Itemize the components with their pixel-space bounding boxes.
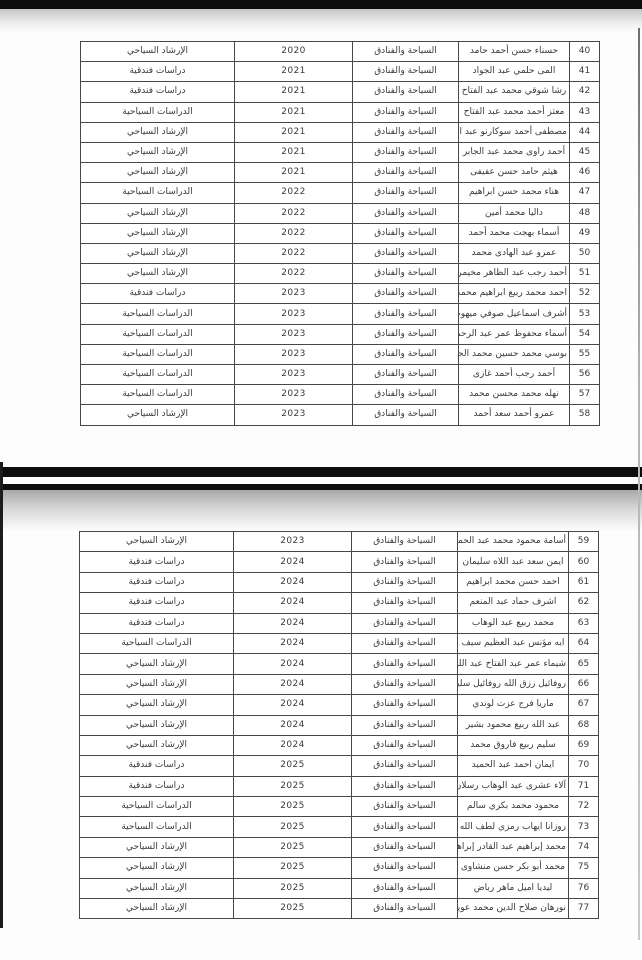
student-name-cell: رشا شوقي محمد عبد الفتاح [459, 82, 570, 102]
table-row: دراسات فندقية2024السياحة والفنادقمحمد رب… [80, 613, 599, 633]
student-name-cell: أحمد رجب أحمد غازى [459, 365, 570, 385]
table-row: الدراسات السياحية2023السياحة والفنادقأشر… [81, 304, 600, 324]
faculty-cell: السياحة والفنادق [352, 899, 458, 919]
department-cell: الإرشاد السياحي [81, 203, 235, 223]
faculty-cell: السياحة والفنادق [353, 243, 459, 263]
faculty-cell: السياحة والفنادق [353, 344, 459, 364]
row-number-cell: 45 [570, 142, 600, 162]
year-cell: 2022 [235, 243, 353, 263]
department-cell: دراسات فندقية [81, 82, 235, 102]
row-number-cell: 74 [569, 837, 599, 857]
faculty-cell: السياحة والفنادق [352, 817, 458, 837]
department-cell: الإرشاد السياحي [80, 695, 234, 715]
faculty-cell: السياحة والفنادق [353, 82, 459, 102]
table-row: دراسات فندقية2024السياحة والفنادقايمن سع… [80, 552, 599, 572]
department-cell: الإرشاد السياحي [80, 715, 234, 735]
row-number-cell: 63 [569, 613, 599, 633]
student-name-cell: ليديا اميل ماهر رياض [458, 878, 569, 898]
faculty-cell: السياحة والفنادق [352, 633, 458, 653]
table-row: الإرشاد السياحي2022السياحة والفنادقداليا… [81, 203, 600, 223]
table-row: الإرشاد السياحي2024السياحة والفنادقسليم … [80, 735, 599, 755]
department-cell: الإرشاد السياحي [81, 42, 235, 62]
scan-shadow-middle [0, 490, 642, 530]
department-cell: الدراسات السياحية [80, 633, 234, 653]
student-name-cell: احمد محمد ربيع ابراهيم محمد [459, 284, 570, 304]
row-number-cell: 49 [570, 223, 600, 243]
year-cell: 2025 [234, 776, 352, 796]
row-number-cell: 73 [569, 817, 599, 837]
year-cell: 2021 [235, 62, 353, 82]
faculty-cell: السياحة والفنادق [352, 572, 458, 592]
year-cell: 2024 [234, 593, 352, 613]
student-name-cell: ماريا فرج عزت لوندي [458, 695, 569, 715]
row-number-cell: 47 [570, 183, 600, 203]
year-cell: 2020 [235, 42, 353, 62]
year-cell: 2024 [234, 715, 352, 735]
table-row: الإرشاد السياحي2021السياحة والفنادقأحمد … [81, 142, 600, 162]
table-row: دراسات فندقية2021السياحة والفنادقرشا شوق… [81, 82, 600, 102]
student-name-cell: ايمان احمد عبد الحميد [458, 756, 569, 776]
year-cell: 2024 [234, 695, 352, 715]
faculty-cell: السياحة والفنادق [353, 365, 459, 385]
year-cell: 2023 [235, 344, 353, 364]
department-cell: الإرشاد السياحي [80, 878, 234, 898]
year-cell: 2023 [234, 532, 352, 552]
year-cell: 2021 [235, 163, 353, 183]
table-row: الدراسات السياحية2023السياحة والفنادقبوس… [81, 344, 600, 364]
table-row: دراسات فندقية2024السياحة والفنادقاشرف حم… [80, 593, 599, 613]
faculty-cell: السياحة والفنادق [353, 203, 459, 223]
department-cell: الدراسات السياحية [81, 365, 235, 385]
department-cell: الإرشاد السياحي [81, 405, 235, 425]
department-cell: الدراسات السياحية [81, 385, 235, 405]
year-cell: 2023 [235, 304, 353, 324]
row-number-cell: 58 [570, 405, 600, 425]
faculty-cell: السياحة والفنادق [353, 183, 459, 203]
faculty-cell: السياحة والفنادق [352, 654, 458, 674]
row-number-cell: 70 [569, 756, 599, 776]
department-cell: دراسات فندقية [80, 756, 234, 776]
table-row: الإرشاد السياحي2022السياحة والفنادقعمرو … [81, 243, 600, 263]
department-cell: الدراسات السياحية [81, 183, 235, 203]
faculty-cell: السياحة والفنادق [353, 304, 459, 324]
student-name-cell: احمد حسن محمد ابراهيم [458, 572, 569, 592]
row-number-cell: 60 [569, 552, 599, 572]
department-cell: دراسات فندقية [80, 613, 234, 633]
year-cell: 2021 [235, 142, 353, 162]
table-row: الدراسات السياحية2025السياحة والفنادقروز… [80, 817, 599, 837]
row-number-cell: 72 [569, 797, 599, 817]
row-number-cell: 65 [569, 654, 599, 674]
year-cell: 2022 [235, 203, 353, 223]
faculty-cell: السياحة والفنادق [352, 878, 458, 898]
row-number-cell: 64 [569, 633, 599, 653]
table-row: دراسات فندقية2023السياحة والفنادقاحمد مح… [81, 284, 600, 304]
department-cell: الإرشاد السياحي [80, 674, 234, 694]
table-row: الدراسات السياحية2025السياحة والفنادقمحم… [80, 797, 599, 817]
faculty-cell: السياحة والفنادق [352, 776, 458, 796]
faculty-cell: السياحة والفنادق [353, 324, 459, 344]
faculty-cell: السياحة والفنادق [352, 613, 458, 633]
department-cell: الإرشاد السياحي [80, 532, 234, 552]
table-row: الإرشاد السياحي2024السياحة والفنادقروفائ… [80, 674, 599, 694]
table-row: دراسات فندقية2024السياحة والفنادقاحمد حس… [80, 572, 599, 592]
row-number-cell: 54 [570, 324, 600, 344]
row-number-cell: 67 [569, 695, 599, 715]
student-name-cell: محمد أبو بكر حسن منشاوى [458, 858, 569, 878]
table-row: الإرشاد السياحي2022السياحة والفنادقأسماء… [81, 223, 600, 243]
table-row: الإرشاد السياحي2025السياحة والفنادقمحمد … [80, 837, 599, 857]
student-name-cell: عبد الله ربيع محمود بشير [458, 715, 569, 735]
row-number-cell: 68 [569, 715, 599, 735]
year-cell: 2025 [234, 899, 352, 919]
year-cell: 2024 [234, 572, 352, 592]
table-row: الدراسات السياحية2024السياحة والفنادقايه… [80, 633, 599, 653]
year-cell: 2023 [235, 385, 353, 405]
table-row: الدراسات السياحية2023السياحة والفنادقنهل… [81, 385, 600, 405]
faculty-cell: السياحة والفنادق [353, 142, 459, 162]
student-name-cell: روفائيل رزق الله روفائيل سليمان [458, 674, 569, 694]
student-name-cell: محمد ربيع عبد الوهاب [458, 613, 569, 633]
student-name-cell: محمد إبراهيم عبد القادر إبراهيم [458, 837, 569, 857]
student-name-cell: آلاء عشرى عبد الوهاب رسلان [458, 776, 569, 796]
faculty-cell: السياحة والفنادق [353, 102, 459, 122]
faculty-cell: السياحة والفنادق [352, 532, 458, 552]
student-name-cell: ايمن سعد عبد اللاه سليمان [458, 552, 569, 572]
records-table-page-2: الإرشاد السياحي2023السياحة والفنادقأسامة… [79, 531, 599, 919]
row-number-cell: 41 [570, 62, 600, 82]
faculty-cell: السياحة والفنادق [352, 735, 458, 755]
faculty-cell: السياحة والفنادق [352, 674, 458, 694]
faculty-cell: السياحة والفنادق [352, 797, 458, 817]
department-cell: الإرشاد السياحي [80, 837, 234, 857]
department-cell: الدراسات السياحية [81, 102, 235, 122]
department-cell: الإرشاد السياحي [81, 243, 235, 263]
department-cell: الدراسات السياحية [80, 817, 234, 837]
faculty-cell: السياحة والفنادق [352, 756, 458, 776]
department-cell: الإرشاد السياحي [80, 858, 234, 878]
student-name-cell: بوسي محمد حسين محمد الجميل [459, 344, 570, 364]
scan-shadow-top [0, 9, 642, 33]
department-cell: دراسات فندقية [81, 284, 235, 304]
row-number-cell: 57 [570, 385, 600, 405]
department-cell: الإرشاد السياحي [81, 223, 235, 243]
table-row: الإرشاد السياحي2023السياحة والفنادقأسامة… [80, 532, 599, 552]
row-number-cell: 52 [570, 284, 600, 304]
scan-edge-bar-middle-upper [0, 467, 642, 477]
table-row: الإرشاد السياحي2024السياحة والفنادقشيماء… [80, 654, 599, 674]
row-number-cell: 56 [570, 365, 600, 385]
faculty-cell: السياحة والفنادق [353, 264, 459, 284]
department-cell: دراسات فندقية [81, 62, 235, 82]
row-number-cell: 42 [570, 82, 600, 102]
year-cell: 2021 [235, 82, 353, 102]
year-cell: 2021 [235, 102, 353, 122]
department-cell: دراسات فندقية [80, 552, 234, 572]
department-cell: الإرشاد السياحي [81, 142, 235, 162]
year-cell: 2024 [234, 735, 352, 755]
department-cell: الدراسات السياحية [81, 324, 235, 344]
faculty-cell: السياحة والفنادق [353, 385, 459, 405]
student-name-cell: مصطفى أحمد سوكارنو عبد الحافظ [459, 122, 570, 142]
row-number-cell: 46 [570, 163, 600, 183]
faculty-cell: السياحة والفنادق [352, 593, 458, 613]
table-row: الدراسات السياحية2023السياحة والفنادقأحم… [81, 365, 600, 385]
student-name-cell: أسامة محمود محمد عبد الحميد [458, 532, 569, 552]
year-cell: 2025 [234, 756, 352, 776]
row-number-cell: 55 [570, 344, 600, 364]
table-row: الإرشاد السياحي2025السياحة والفنادقنورها… [80, 899, 599, 919]
table-row: الإرشاد السياحي2021السياحة والفنادقهيثم … [81, 163, 600, 183]
department-cell: الدراسات السياحية [81, 304, 235, 324]
table-row: الإرشاد السياحي2021السياحة والفنادقمصطفى… [81, 122, 600, 142]
student-name-cell: عمرو أحمد سعد أحمد [459, 405, 570, 425]
year-cell: 2022 [235, 264, 353, 284]
student-name-cell: أحمد رجب عبد الظاهر مخيمر [459, 264, 570, 284]
row-number-cell: 77 [569, 899, 599, 919]
faculty-cell: السياحة والفنادق [353, 284, 459, 304]
department-cell: الإرشاد السياحي [81, 122, 235, 142]
student-name-cell: ايه مؤنس عبد العظيم سيف [458, 633, 569, 653]
department-cell: الدراسات السياحية [80, 797, 234, 817]
department-cell: الإرشاد السياحي [81, 264, 235, 284]
faculty-cell: السياحة والفنادق [352, 695, 458, 715]
year-cell: 2023 [235, 284, 353, 304]
row-number-cell: 48 [570, 203, 600, 223]
student-name-cell: حسناء حسن أحمد حامد [459, 42, 570, 62]
student-name-cell: هيثم حامد حسن عفيفى [459, 163, 570, 183]
table-row: الإرشاد السياحي2023السياحة والفنادقعمرو … [81, 405, 600, 425]
row-number-cell: 40 [570, 42, 600, 62]
student-name-cell: اشرف حماد عبد المنعم [458, 593, 569, 613]
student-name-cell: معتز أحمد محمد عبد الفتاح [459, 102, 570, 122]
student-name-cell: هناء محمد حسن ابراهيم [459, 183, 570, 203]
row-number-cell: 69 [569, 735, 599, 755]
table-row: الإرشاد السياحي2022السياحة والفنادقأحمد … [81, 264, 600, 284]
student-name-cell: عمرو عبد الهادى محمد [459, 243, 570, 263]
faculty-cell: السياحة والفنادق [353, 122, 459, 142]
scan-edge-strip-left [0, 462, 3, 928]
year-cell: 2022 [235, 223, 353, 243]
year-cell: 2023 [235, 365, 353, 385]
student-name-cell: سليم ربيع فاروق محمد [458, 735, 569, 755]
faculty-cell: السياحة والفنادق [352, 715, 458, 735]
department-cell: دراسات فندقية [80, 776, 234, 796]
table-row: دراسات فندقية2025السياحة والفنادقايمان ا… [80, 756, 599, 776]
department-cell: الإرشاد السياحي [80, 735, 234, 755]
year-cell: 2024 [234, 633, 352, 653]
table-row: دراسات فندقية2021السياحة والفنادقالمى حل… [81, 62, 600, 82]
row-number-cell: 75 [569, 858, 599, 878]
faculty-cell: السياحة والفنادق [353, 405, 459, 425]
year-cell: 2025 [234, 837, 352, 857]
student-name-cell: أحمد راوى محمد عبد الجابر [459, 142, 570, 162]
scan-edge-bar-middle-lower [0, 484, 642, 490]
table-row: الإرشاد السياحي2024السياحة والفنادقماريا… [80, 695, 599, 715]
faculty-cell: السياحة والفنادق [352, 858, 458, 878]
row-number-cell: 59 [569, 532, 599, 552]
department-cell: دراسات فندقية [80, 572, 234, 592]
faculty-cell: السياحة والفنادق [352, 552, 458, 572]
faculty-cell: السياحة والفنادق [352, 837, 458, 857]
year-cell: 2021 [235, 122, 353, 142]
scan-edge-bar-top [0, 0, 642, 9]
row-number-cell: 61 [569, 572, 599, 592]
row-number-cell: 66 [569, 674, 599, 694]
student-name-cell: أشرف اسماعيل صوفي ميهوب [459, 304, 570, 324]
row-number-cell: 53 [570, 304, 600, 324]
table-row: الإرشاد السياحي2024السياحة والفنادقعبد ا… [80, 715, 599, 735]
row-number-cell: 62 [569, 593, 599, 613]
row-number-cell: 71 [569, 776, 599, 796]
student-name-cell: روزانا ايهاب رمزي لطف الله [458, 817, 569, 837]
year-cell: 2023 [235, 324, 353, 344]
department-cell: الإرشاد السياحي [80, 899, 234, 919]
faculty-cell: السياحة والفنادق [353, 42, 459, 62]
year-cell: 2025 [234, 797, 352, 817]
year-cell: 2025 [234, 878, 352, 898]
year-cell: 2024 [234, 654, 352, 674]
department-cell: الدراسات السياحية [81, 344, 235, 364]
records-table-page-1: الإرشاد السياحي2020السياحة والفنادقحسناء… [80, 41, 600, 426]
table-row: الإرشاد السياحي2020السياحة والفنادقحسناء… [81, 42, 600, 62]
row-number-cell: 50 [570, 243, 600, 263]
table-row: الإرشاد السياحي2025السياحة والفنادقليديا… [80, 878, 599, 898]
row-number-cell: 44 [570, 122, 600, 142]
student-name-cell: نورهان صلاح الدين محمد عويس [458, 899, 569, 919]
student-name-cell: أسماء بهجت محمد أحمد [459, 223, 570, 243]
faculty-cell: السياحة والفنادق [353, 163, 459, 183]
department-cell: دراسات فندقية [80, 593, 234, 613]
table-row: الدراسات السياحية2021السياحة والفنادقمعت… [81, 102, 600, 122]
faculty-cell: السياحة والفنادق [353, 62, 459, 82]
year-cell: 2023 [235, 405, 353, 425]
student-name-cell: محمود محمد بكري سالم [458, 797, 569, 817]
student-name-cell: نهله محمد محسن محمد [459, 385, 570, 405]
table-row: الدراسات السياحية2022السياحة والفنادقهنا… [81, 183, 600, 203]
student-name-cell: داليا محمد أمين [459, 203, 570, 223]
student-name-cell: المى حلمي عبد الجواد [459, 62, 570, 82]
year-cell: 2025 [234, 858, 352, 878]
faculty-cell: السياحة والفنادق [353, 223, 459, 243]
row-number-cell: 43 [570, 102, 600, 122]
year-cell: 2024 [234, 674, 352, 694]
year-cell: 2024 [234, 552, 352, 572]
department-cell: الإرشاد السياحي [81, 163, 235, 183]
year-cell: 2024 [234, 613, 352, 633]
year-cell: 2025 [234, 817, 352, 837]
row-number-cell: 76 [569, 878, 599, 898]
year-cell: 2022 [235, 183, 353, 203]
student-name-cell: أسماء محفوظ عمر عبد الرحمن [459, 324, 570, 344]
student-name-cell: شيماء عمر عبد الفتاح عبد الله [458, 654, 569, 674]
department-cell: الإرشاد السياحي [80, 654, 234, 674]
table-row: الدراسات السياحية2023السياحة والفنادقأسم… [81, 324, 600, 344]
row-number-cell: 51 [570, 264, 600, 284]
table-row: الإرشاد السياحي2025السياحة والفنادقمحمد … [80, 858, 599, 878]
table-row: دراسات فندقية2025السياحة والفنادقآلاء عش… [80, 776, 599, 796]
